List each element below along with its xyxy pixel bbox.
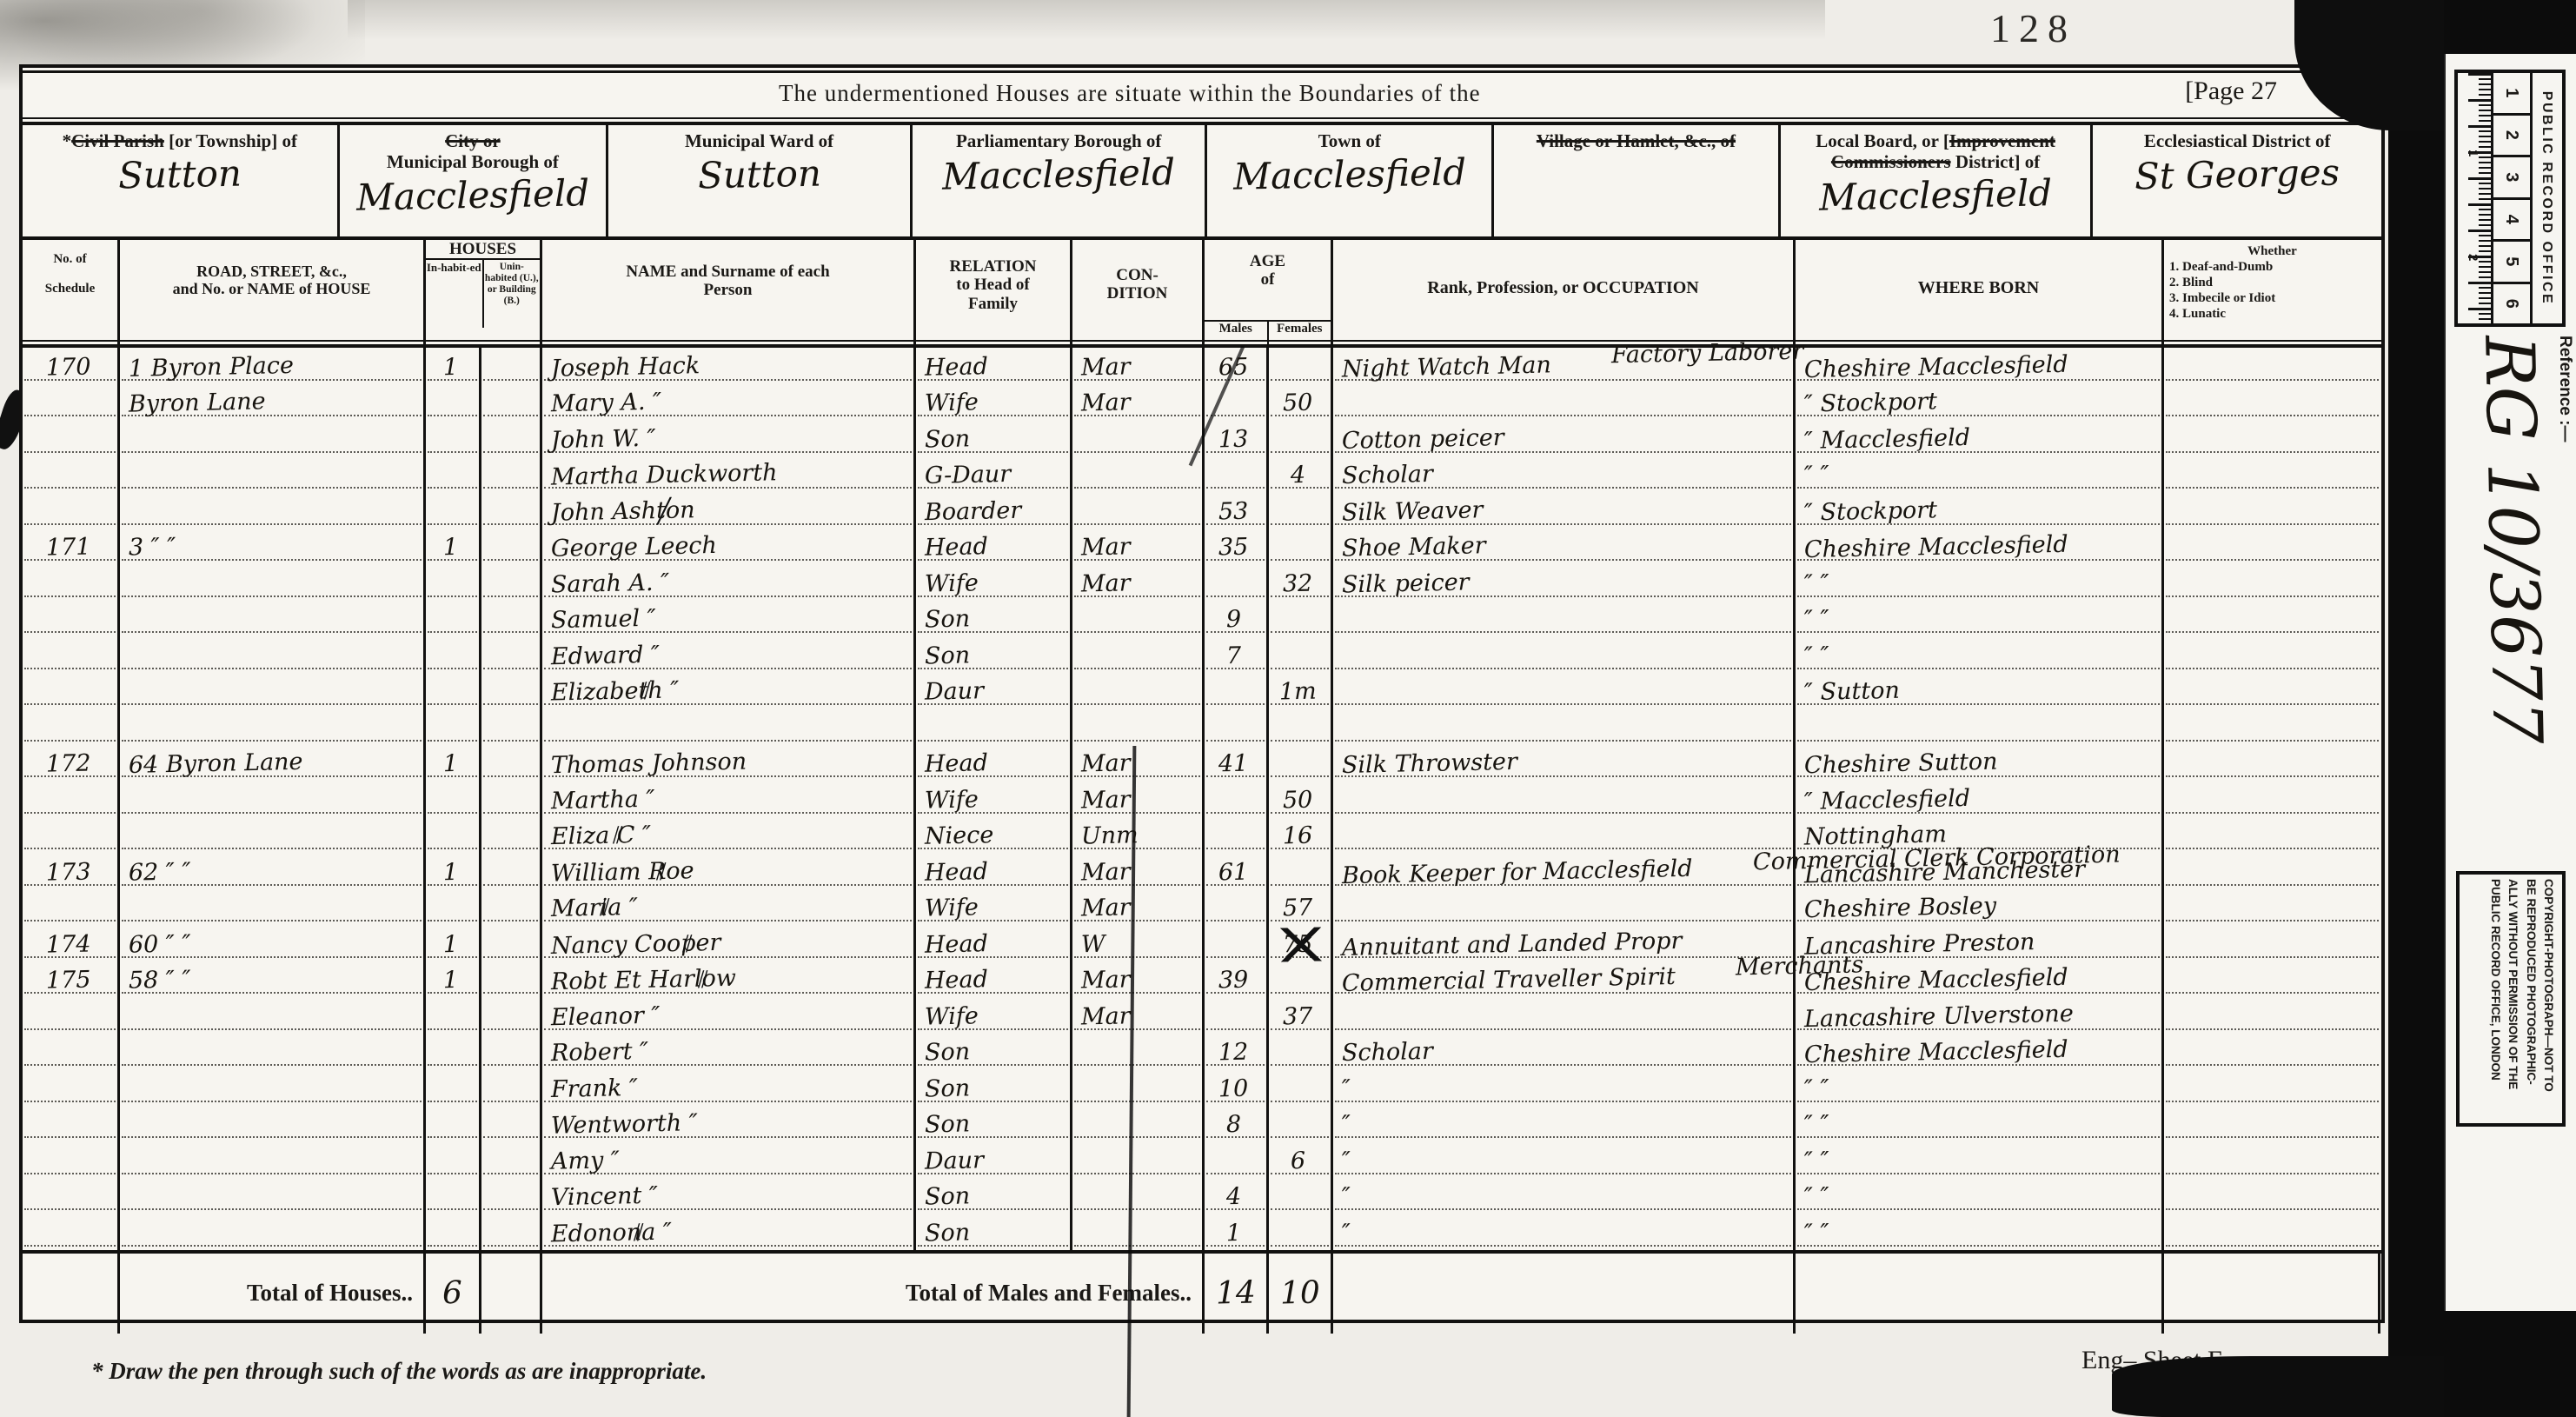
name-cell: Amy ″ [542, 1141, 916, 1178]
age-males-cell: 4 [1205, 1178, 1269, 1214]
district-cell-1: City orMunicipal Borough ofMacclesfield [340, 125, 609, 236]
district-label: *Civil Parish [or Township] of [23, 125, 337, 151]
scan-black-blob [2444, 0, 2576, 54]
pro-scale-cell: 3 [2493, 157, 2530, 200]
condition-cell [1072, 1178, 1205, 1214]
pro-scale-cell: 4 [2493, 200, 2530, 243]
relation-cell: Head [916, 961, 1072, 998]
schedule-cell [23, 384, 120, 421]
age-females-cell [1269, 420, 1333, 456]
age-females-cell [1269, 1034, 1333, 1070]
age-males-cell [1205, 456, 1269, 493]
table-row [23, 708, 2381, 745]
whether-cell [2164, 925, 2380, 961]
age-males-cell: 41 [1205, 745, 1269, 782]
whether-cell [2164, 997, 2380, 1034]
occupation-cell [1333, 781, 1796, 817]
table-row: John Ashton╱Boarder53Silk Weaver″ Stockp… [23, 492, 2381, 529]
uninhabited-cell [481, 961, 542, 998]
relation-cell: Head [916, 925, 1072, 961]
born-cell: ″ ″ [1796, 456, 2164, 493]
relation-cell: Daur [916, 673, 1072, 709]
uninhabited-cell [481, 636, 542, 673]
census-rows: 1701 Byron Place1Joseph HackHeadMar65Nig… [23, 348, 2381, 1250]
age-females-cell [1269, 636, 1333, 673]
born-cell [1796, 708, 2164, 745]
total-males-value: 14 [1205, 1254, 1269, 1334]
enumerator-mark: ⫽ [632, 680, 655, 709]
schedule-cell [23, 781, 120, 817]
total-houses-label: Total of Houses.. [120, 1254, 426, 1334]
table-row: 17362 ″ ″1William Roe⫽HeadMar61Book Keep… [23, 853, 2381, 889]
pro-copyright-box: COPYRIGHT-PHOTOGRAPH—NOT TOBE REPRODUCED… [2456, 871, 2567, 1127]
condition-cell: Mar [1072, 384, 1205, 421]
table-row: Samuel ″Son9″ ″ [23, 601, 2381, 637]
whether-cell [2164, 529, 2380, 565]
age-females-cell [1269, 492, 1333, 529]
uninhabited-cell [481, 997, 542, 1034]
condition-cell: Mar [1072, 529, 1205, 565]
relation-cell: Head [916, 853, 1072, 889]
relation-cell: G-Daur [916, 456, 1072, 493]
relation-cell: Son [916, 1178, 1072, 1214]
name-cell: Robt Et Harlow⫽ [542, 961, 916, 998]
pro-ruler-box: PUBLIC RECORD OFFICE 123456 1 2 [2454, 70, 2566, 327]
schedule-cell [23, 817, 120, 854]
district-value [1494, 153, 1778, 195]
census-scan-page: { "page": { "stamp_number": "128", "page… [0, 0, 2576, 1417]
folio-stamp: 128 [1990, 5, 2076, 51]
born-cell: ″ ″ [1796, 1141, 2164, 1178]
occupation-cell: Scholar [1333, 1034, 1796, 1070]
enumerator-mark: ⫽ [591, 896, 614, 926]
enumerator-mark: ⫽ [625, 1221, 648, 1250]
uninhabited-cell [481, 1178, 542, 1214]
age-females-cell [1269, 745, 1333, 782]
inhabited-cell [426, 673, 481, 709]
condition-cell: Mar [1072, 853, 1205, 889]
age-males-cell [1205, 1141, 1269, 1178]
name-cell: John Ashton╱ [542, 492, 916, 529]
whether-cell [2164, 348, 2380, 384]
whether-cell [2164, 853, 2380, 889]
occupation-cell: Cotton peicer [1333, 420, 1796, 456]
age-males-cell: 65 [1205, 348, 1269, 384]
address-cell [120, 997, 426, 1034]
born-cell: ″ ″ [1796, 1106, 2164, 1142]
age-females-cell: 50 [1269, 781, 1333, 817]
condition-cell [1072, 1069, 1205, 1106]
schedule-cell: 172 [23, 745, 120, 782]
age-females-cell [1269, 529, 1333, 565]
relation-cell: Wife [916, 384, 1072, 421]
schedule-cell [23, 889, 120, 926]
inhabited-cell [426, 601, 481, 637]
age-males-cell [1205, 781, 1269, 817]
inhabited-cell [426, 817, 481, 854]
district-cell-3: Parliamentary Borough ofMacclesfield [913, 125, 1208, 236]
condition-cell: Mar [1072, 745, 1205, 782]
col-inhabited: In-habit-ed [426, 260, 484, 328]
address-cell [120, 889, 426, 926]
address-cell: 62 ″ ″ [120, 853, 426, 889]
schedule-cell [23, 673, 120, 709]
born-cell: ″ ″ [1796, 1069, 2164, 1106]
district-value: Macclesfield [340, 174, 607, 217]
name-cell: Maria ″⫽ [542, 889, 916, 926]
totals-row: Total of Houses.. 6 Total of Males and F… [23, 1250, 2381, 1334]
born-cell: Cheshire Sutton [1796, 745, 2164, 782]
condition-cell [1072, 636, 1205, 673]
occupation-cell [1333, 708, 1796, 745]
table-row: Sarah A. ″WifeMar32Silk peicer″ ″ [23, 564, 2381, 601]
age-females-cell: 32 [1269, 564, 1333, 601]
copyright-text: COPYRIGHT-PHOTOGRAPH—NOT TOBE REPRODUCED… [2456, 871, 2566, 1127]
condition-cell [1072, 1106, 1205, 1142]
whether-cell [2164, 564, 2380, 601]
scan-black-blob [2444, 1311, 2576, 1417]
whether-cell [2164, 1178, 2380, 1214]
form-title-row: The undermentioned Houses are situate wi… [23, 68, 2381, 125]
age-males-cell [1205, 673, 1269, 709]
schedule-cell [23, 456, 120, 493]
district-label: Village or Hamlet, &c., of [1494, 125, 1778, 151]
name-cell: Frank ″ [542, 1069, 916, 1106]
schedule-cell: 175 [23, 961, 120, 998]
district-label: Town of [1207, 125, 1491, 151]
born-cell: ″ ″ [1796, 636, 2164, 673]
address-cell [120, 1178, 426, 1214]
enumerator-mark: ╱ [647, 499, 674, 529]
inhabited-cell [426, 1178, 481, 1214]
schedule-cell [23, 1214, 120, 1250]
public-record-office-card: PUBLIC RECORD OFFICE 123456 1 2 Referenc… [2444, 49, 2576, 1314]
inhabited-cell: 1 [426, 348, 481, 384]
occupation-cell: Night Watch ManFactory Laborer [1333, 348, 1796, 384]
uninhabited-cell [481, 1214, 542, 1250]
age-females-cell [1269, 708, 1333, 745]
census-form: The undermentioned Houses are situate wi… [19, 64, 2385, 1323]
uninhabited-cell [481, 384, 542, 421]
address-cell [120, 1034, 426, 1070]
occupation-cell [1333, 817, 1796, 854]
whether-cell [2164, 1141, 2380, 1178]
address-cell [120, 564, 426, 601]
address-cell [120, 1141, 426, 1178]
address-cell: 64 Byron Lane [120, 745, 426, 782]
age-males-cell: 39 [1205, 961, 1269, 998]
uninhabited-cell [481, 601, 542, 637]
address-cell: 3 ″ ″ [120, 529, 426, 565]
name-cell: Nancy Cooper⫽ [542, 925, 916, 961]
inhabited-cell: 1 [426, 961, 481, 998]
occupation-cell: ″ [1333, 1141, 1796, 1178]
inhabited-cell [426, 781, 481, 817]
pro-office-label: PUBLIC RECORD OFFICE [2530, 73, 2562, 323]
district-label: Municipal Ward of [608, 125, 910, 151]
uninhabited-cell [481, 781, 542, 817]
born-cell: Cheshire Macclesfield [1796, 348, 2164, 384]
born-cell: ″ ″ [1796, 601, 2164, 637]
relation-cell: Head [916, 745, 1072, 782]
whether-cell [2164, 961, 2380, 998]
condition-cell [1072, 1214, 1205, 1250]
age-males-cell [1205, 889, 1269, 926]
inhabited-cell: 1 [426, 745, 481, 782]
table-row: Amy ″Daur6″″ ″ [23, 1141, 2381, 1178]
occupation-cell [1333, 384, 1796, 421]
district-value: St Georges [2093, 153, 2381, 196]
name-cell [542, 708, 916, 745]
schedule-cell [23, 564, 120, 601]
enumerator-mark: ⫽ [647, 860, 670, 889]
age-males-cell [1205, 925, 1269, 961]
condition-cell [1072, 673, 1205, 709]
uninhabited-cell [481, 529, 542, 565]
name-cell: Vincent ″ [542, 1178, 916, 1214]
address-cell: 60 ″ ″ [120, 925, 426, 961]
pro-scale-cell: 5 [2493, 242, 2530, 284]
born-cell: ″ ″ [1796, 1178, 2164, 1214]
address-cell [120, 817, 426, 854]
whether-cell [2164, 673, 2380, 709]
relation-cell: Son [916, 1069, 1072, 1106]
district-cell-0: *Civil Parish [or Township] ofSutton [23, 125, 340, 236]
table-row: Elizabeth ″⫽Daur1m″ Sutton [23, 673, 2381, 709]
occupation-cell [1333, 889, 1796, 926]
age-males-cell: 7 [1205, 636, 1269, 673]
enumerator-mark: ⫽ [674, 932, 697, 961]
relation-cell: Niece [916, 817, 1072, 854]
condition-cell: Mar [1072, 961, 1205, 998]
age-females-cell: 75 [1269, 925, 1333, 961]
age-males-cell [1205, 564, 1269, 601]
total-males-females-label: Total of Males and Females.. [542, 1280, 1202, 1307]
address-cell [120, 1106, 426, 1142]
table-row: Vincent ″Son4″″ ″ [23, 1178, 2381, 1214]
name-cell: Sarah A. ″ [542, 564, 916, 601]
schedule-cell [23, 997, 120, 1034]
district-value: Sutton [23, 153, 337, 196]
inhabited-cell [426, 1106, 481, 1142]
schedule-cell [23, 1141, 120, 1178]
whether-cell [2164, 420, 2380, 456]
table-row: Frank ″Son10″″ ″ [23, 1069, 2381, 1106]
uninhabited-cell [481, 673, 542, 709]
inhabited-cell [426, 564, 481, 601]
pro-scale-cell: 1 [2493, 73, 2530, 116]
table-row: 17558 ″ ″1Robt Et Harlow⫽HeadMar39Commer… [23, 961, 2381, 998]
name-cell: Eleanor ″ [542, 997, 916, 1034]
address-cell [120, 492, 426, 529]
born-cell: ″ Stockport [1796, 384, 2164, 421]
age-males-cell: 10 [1205, 1069, 1269, 1106]
table-row: 17460 ″ ″1Nancy Cooper⫽HeadW75Annuitant … [23, 925, 2381, 961]
age-males-cell: 12 [1205, 1034, 1269, 1070]
age-females-cell: 1m [1269, 673, 1333, 709]
address-cell [120, 420, 426, 456]
born-cell: Cheshire Macclesfield [1796, 1034, 2164, 1070]
district-cell-2: Municipal Ward ofSutton [608, 125, 913, 236]
uninhabited-cell [481, 708, 542, 745]
pro-scale-cell: 6 [2493, 284, 2530, 324]
occupation-superscript: Factory Laborer [1603, 339, 1808, 372]
name-cell: Joseph Hack [542, 348, 916, 384]
age-males-cell: 35 [1205, 529, 1269, 565]
age-males-cell: 9 [1205, 601, 1269, 637]
uninhabited-cell [481, 889, 542, 926]
relation-cell: Wife [916, 781, 1072, 817]
relation-cell: Son [916, 420, 1072, 456]
col-whether: Whether 1. Deaf-and-Dumb 2. Blind 3. Imb… [2164, 240, 2380, 344]
inhabited-cell: 1 [426, 853, 481, 889]
born-cell: ″ ″ [1796, 1214, 2164, 1250]
born-cell: ″ ″ [1796, 564, 2164, 601]
age-males-cell: 53 [1205, 492, 1269, 529]
table-row: Wentworth ″Son8″″ ″ [23, 1106, 2381, 1142]
address-cell [120, 636, 426, 673]
name-cell: Martha ″ [542, 781, 916, 817]
col-condition: CON-DITION [1072, 240, 1205, 344]
name-cell: Samuel ″ [542, 601, 916, 637]
whether-cell [2164, 781, 2380, 817]
schedule-cell [23, 1178, 120, 1214]
condition-cell [1072, 601, 1205, 637]
condition-cell: Mar [1072, 997, 1205, 1034]
inhabited-cell [426, 492, 481, 529]
occupation-cell: Silk Weaver [1333, 492, 1796, 529]
schedule-cell: 174 [23, 925, 120, 961]
inhabited-cell [426, 456, 481, 493]
scan-black-band [2388, 0, 2449, 1417]
page-number-label: [Page 27 [2185, 77, 2277, 106]
schedule-cell [23, 1034, 120, 1070]
condition-cell: Unm [1072, 817, 1205, 854]
condition-cell: W [1072, 925, 1205, 961]
district-label: Ecclesiastical District of [2093, 125, 2381, 151]
enumerator-mark: ⫽ [604, 824, 627, 854]
table-row: Edward ″Son7″ ″ [23, 636, 2381, 673]
address-cell [120, 1069, 426, 1106]
inhabited-cell [426, 1034, 481, 1070]
table-row: 17264 Byron Lane1Thomas JohnsonHeadMar41… [23, 745, 2381, 782]
occupation-cell: ″ [1333, 1214, 1796, 1250]
totals-spacer: Total of Males and Females.. [542, 1254, 1205, 1334]
occupation-cell: Silk peicer [1333, 564, 1796, 601]
name-cell: Robert ″ [542, 1034, 916, 1070]
age-males-cell: 1 [1205, 1214, 1269, 1250]
table-row: Martha DuckworthG-Daur4Scholar″ ″ [23, 456, 2381, 493]
pro-scale-cell: 2 [2493, 116, 2530, 158]
totals-spacer [2164, 1254, 2380, 1334]
table-row: Edonona ″⫽Son1″″ ″ [23, 1214, 2381, 1250]
occupation-cell: Scholar [1333, 456, 1796, 493]
age-females-cell [1269, 853, 1333, 889]
form-title: The undermentioned Houses are situate wi… [779, 80, 1481, 107]
occupation-cell: ″ [1333, 1178, 1796, 1214]
district-cell-7: Ecclesiastical District ofSt Georges [2093, 125, 2381, 236]
schedule-cell [23, 636, 120, 673]
whether-cell [2164, 1034, 2380, 1070]
uninhabited-cell [481, 564, 542, 601]
whether-cell [2164, 1106, 2380, 1142]
condition-cell [1072, 492, 1205, 529]
col-houses: HOUSES In-habit-ed Unin-habited (U.), or… [426, 240, 542, 344]
age-males-cell [1205, 708, 1269, 745]
relation-cell: Daur [916, 1141, 1072, 1178]
relation-cell: Wife [916, 889, 1072, 926]
age-females-cell [1269, 1178, 1333, 1214]
address-cell [120, 456, 426, 493]
pro-reference: Reference :— RG 10/3677 [2454, 336, 2574, 857]
totals-spacer [481, 1254, 542, 1334]
age-males-cell: 8 [1205, 1106, 1269, 1142]
table-row: Byron LaneMary A. ″WifeMar50″ Stockport [23, 384, 2381, 421]
table-row: 1701 Byron Place1Joseph HackHeadMar65Nig… [23, 348, 2381, 384]
col-age: AGEof Males Females [1205, 240, 1333, 344]
uninhabited-cell [481, 1069, 542, 1106]
address-cell [120, 781, 426, 817]
whether-cell [2164, 492, 2380, 529]
col-road: ROAD, STREET, &c.,and No. or NAME of HOU… [120, 240, 426, 344]
name-cell: John W. ″ [542, 420, 916, 456]
whether-cell [2164, 601, 2380, 637]
whether-cell [2164, 384, 2380, 421]
occupation-cell [1333, 997, 1796, 1034]
district-value: Macclesfield [1781, 174, 2091, 217]
inhabited-cell [426, 1214, 481, 1250]
condition-cell [1072, 1141, 1205, 1178]
inhabited-cell: 1 [426, 925, 481, 961]
inhabited-cell: 1 [426, 529, 481, 565]
address-cell: Byron Lane [120, 384, 426, 421]
address-cell [120, 1214, 426, 1250]
age-females-cell [1269, 1069, 1333, 1106]
name-cell: William Roe⫽ [542, 853, 916, 889]
relation-cell: Son [916, 601, 1072, 637]
uninhabited-cell [481, 420, 542, 456]
schedule-cell: 171 [23, 529, 120, 565]
born-cell: Cheshire Macclesfield [1796, 529, 2164, 565]
ruler-label: 2 [2466, 254, 2480, 261]
scan-smudge [348, 0, 1825, 40]
condition-cell: Mar [1072, 564, 1205, 601]
condition-cell [1072, 420, 1205, 456]
table-row: Robert ″Son12ScholarCheshire Macclesfiel… [23, 1034, 2381, 1070]
address-cell [120, 708, 426, 745]
district-value: Sutton [608, 153, 910, 196]
occupation-cell: Silk Throwster [1333, 745, 1796, 782]
age-females-cell: 4 [1269, 456, 1333, 493]
inhabited-cell [426, 636, 481, 673]
col-uninhabited: Unin-habited (U.), or Building (B.) [484, 260, 541, 328]
age-males-cell [1205, 997, 1269, 1034]
column-headers: No. ofSchedule ROAD, STREET, &c.,and No.… [23, 240, 2381, 348]
address-cell [120, 601, 426, 637]
age-females-cell [1269, 961, 1333, 998]
ruler-label: 1 [2466, 150, 2480, 156]
relation-cell: Son [916, 1214, 1072, 1250]
whether-cell [2164, 708, 2380, 745]
age-males-cell: 61 [1205, 853, 1269, 889]
relation-cell: Son [916, 1106, 1072, 1142]
inhabited-cell [426, 384, 481, 421]
col-males: Males [1205, 322, 1269, 344]
table-row: Eleanor ″WifeMar37Lancashire Ulverstone [23, 997, 2381, 1034]
whether-cell [2164, 636, 2380, 673]
occupation-cell: ″ [1333, 1106, 1796, 1142]
age-females-cell [1269, 1106, 1333, 1142]
